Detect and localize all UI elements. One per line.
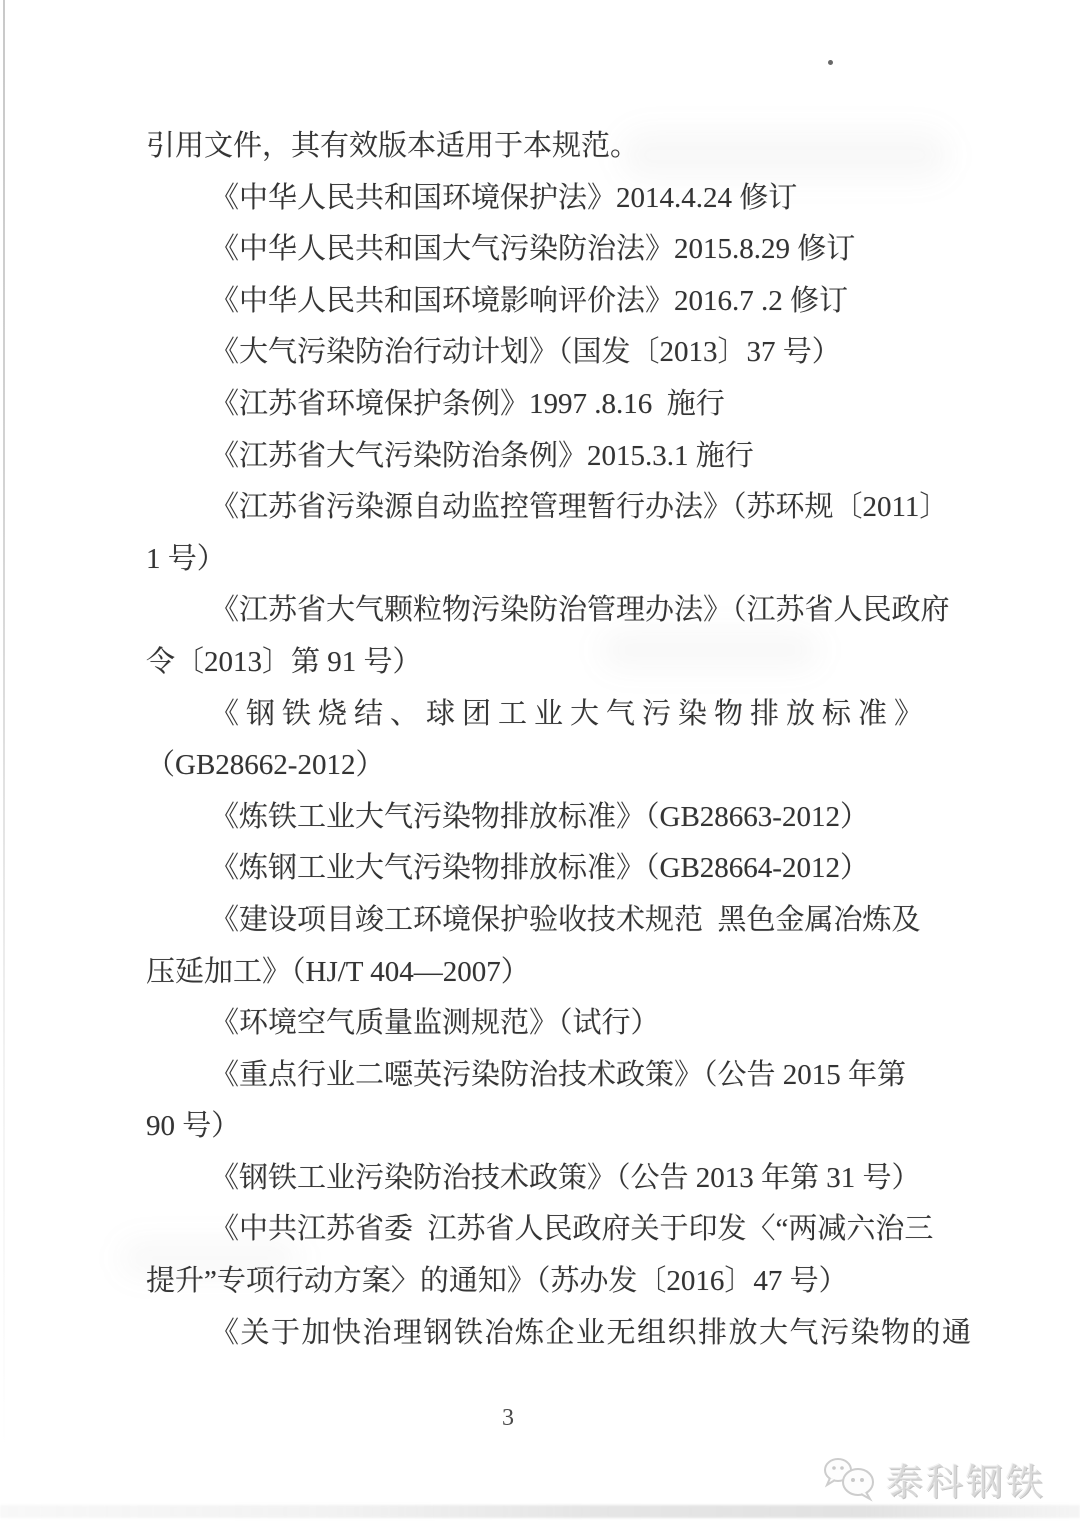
text-line: 压延加工》（HJ/T 404—2007） (146, 947, 976, 999)
text-line: 90 号） (146, 1101, 976, 1153)
text-line: 令〔2013〕第 91 号） (146, 637, 976, 689)
document-body: 引用文件，其有效版本适用于本规范。《中华人民共和国环境保护法》2014.4.24… (146, 121, 976, 1359)
text-line: 《环境空气质量监测规范》（试行） (146, 998, 976, 1050)
text-line: 1 号） (146, 534, 976, 586)
text-line: 《中华人民共和国环境保护法》2014.4.24 修订 (146, 173, 976, 225)
watermark: 泰科钢铁 (822, 1452, 1046, 1506)
text-line: 《大气污染防治行动计划》（国发〔2013〕37 号） (146, 327, 976, 379)
text-line: 《中共江苏省委 江苏省人民政府关于印发〈“两减六治三 (146, 1204, 976, 1256)
document-page: 引用文件，其有效版本适用于本规范。《中华人民共和国环境保护法》2014.4.24… (0, 0, 1080, 1527)
text-line: 《中华人民共和国大气污染防治法》2015.8.29 修订 (146, 224, 976, 276)
scan-bottom-streak (0, 1505, 1080, 1518)
text-line: 《关于加快治理钢铁冶炼企业无组织排放大气污染物的通 (146, 1308, 976, 1360)
text-line: 引用文件，其有效版本适用于本规范。 (146, 121, 976, 173)
ink-speck (828, 60, 833, 65)
text-line: 提升”专项行动方案〉的通知》（苏办发〔2016〕47 号） (146, 1256, 976, 1308)
watermark-text: 泰科钢铁 (886, 1452, 1046, 1506)
text-line: 《中华人民共和国环境影响评价法》2016.7 .2 修订 (146, 276, 976, 328)
text-line: 《重点行业二噁英污染防治技术政策》（公告 2015 年第 (146, 1050, 976, 1102)
text-line: （GB28662-2012） (146, 740, 976, 792)
page-number: 3 (494, 1405, 522, 1432)
wechat-icon (822, 1455, 880, 1503)
text-line: 《钢铁烧结、球团工业大气污染物排放标准》 (146, 689, 976, 741)
text-line: 《建设项目竣工环境保护验收技术规范 黑色金属冶炼及 (146, 895, 976, 947)
text-line: 《江苏省大气污染防治条例》2015.3.1 施行 (146, 431, 976, 483)
scan-edge-line (3, 0, 5, 1527)
text-line: 《江苏省大气颗粒物污染防治管理办法》（江苏省人民政府 (146, 585, 976, 637)
text-line: 《江苏省污染源自动监控管理暂行办法》（苏环规〔2011〕 (146, 482, 976, 534)
text-line: 《钢铁工业污染防治技术政策》（公告 2013 年第 31 号） (146, 1153, 976, 1205)
text-line: 《江苏省环境保护条例》1997 .8.16 施行 (146, 379, 976, 431)
text-line: 《炼钢工业大气污染物排放标准》（GB28664-2012） (146, 843, 976, 895)
text-line: 《炼铁工业大气污染物排放标准》（GB28663-2012） (146, 792, 976, 844)
